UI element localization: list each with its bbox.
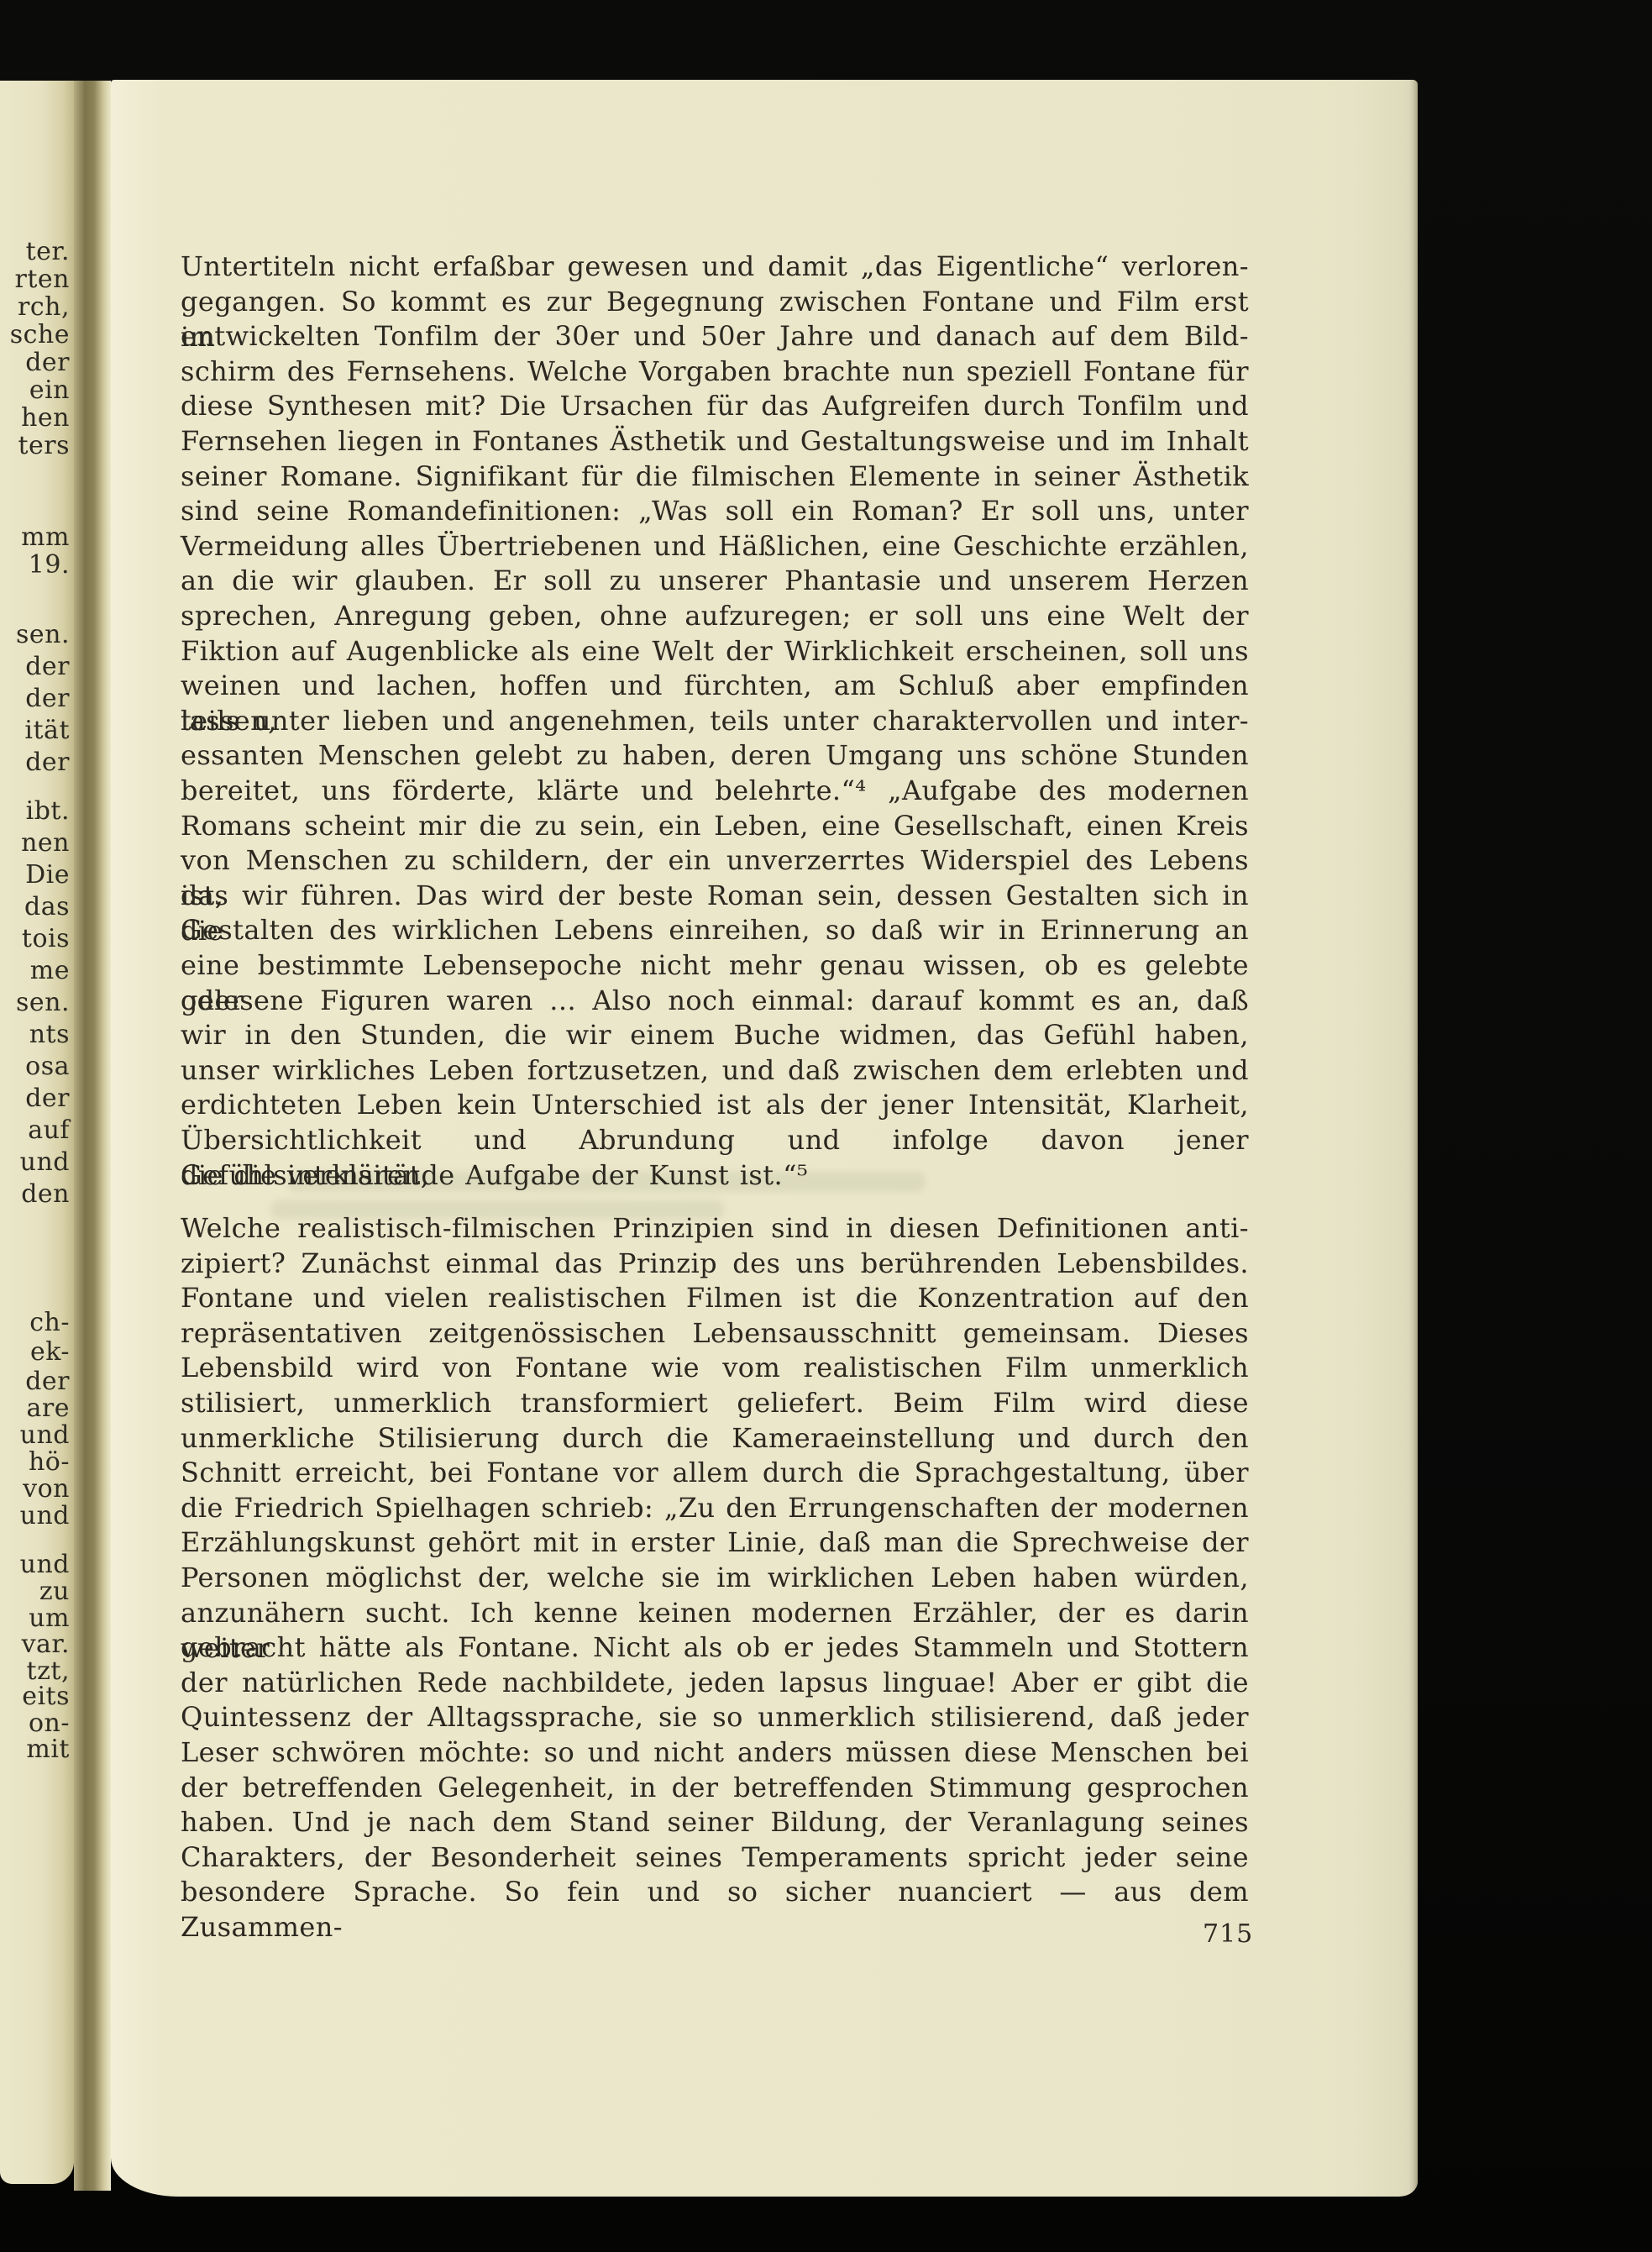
margin-text-fragment: osa xyxy=(25,1053,70,1081)
text-line: zipiert? Zunächst einmal das Prinzip des… xyxy=(181,1246,1249,1281)
margin-text-fragment: hen xyxy=(21,404,70,433)
text-line: Schnitt erreicht, bei Fontane vor allem … xyxy=(181,1455,1249,1490)
margin-text-fragment: auf xyxy=(28,1116,70,1145)
text-line: haben. Und je nach dem Stand seiner Bild… xyxy=(181,1804,1249,1840)
text-line: gelesene Figuren waren ... Also noch ein… xyxy=(181,983,1249,1018)
text-line: wir in den Stunden, die wir einem Buche … xyxy=(181,1017,1249,1053)
text-line: diese Synthesen mit? Die Ursachen für da… xyxy=(181,388,1249,423)
text-line: Fiktion auf Augenblicke als eine Welt de… xyxy=(181,633,1249,669)
text-line: Personen möglichst der, welche sie im wi… xyxy=(181,1560,1249,1595)
text-line: Quintessenz der Alltagssprache, sie so u… xyxy=(181,1699,1249,1735)
text-line: Lebensbild wird von Fontane wie vom real… xyxy=(181,1350,1249,1385)
text-line: weinen und lachen, hoffen und fürchten, … xyxy=(181,668,1249,703)
margin-text-fragment: ter. xyxy=(26,238,70,266)
page-edge-stack xyxy=(1404,80,1418,2197)
margin-text-fragment: var. xyxy=(22,1630,70,1659)
text-line: erdichteten Leben kein Unterschied ist a… xyxy=(181,1087,1249,1122)
text-line: die die verklärende Aufgabe der Kunst is… xyxy=(181,1157,1249,1193)
text-line: Übersichtlichkeit und Abrundung und info… xyxy=(181,1122,1249,1157)
margin-text-fragment: der xyxy=(25,1084,70,1113)
facing-page-edge: ter.rtenrch,schedereinhentersmm19.sen.de… xyxy=(0,81,74,2184)
margin-text-fragment: rten xyxy=(15,265,70,294)
text-line: die Friedrich Spielhagen schrieb: „Zu de… xyxy=(181,1490,1249,1525)
margin-text-fragment: are xyxy=(27,1394,70,1423)
text-line: Erzählungskunst gehört mit in erster Lin… xyxy=(181,1525,1249,1560)
book-page: Untertiteln nicht erfaßbar gewesen und d… xyxy=(111,80,1418,2197)
page-gutter-shadow xyxy=(74,81,111,2191)
margin-text-fragment: ch- xyxy=(29,1309,70,1337)
text-line: unmerkliche Stilisierung durch die Kamer… xyxy=(181,1420,1249,1456)
margin-text-fragment: von xyxy=(23,1475,70,1504)
text-line: Welche realistisch-filmischen Prinzipien… xyxy=(181,1210,1249,1246)
text-line: anzunähern sucht. Ich kenne keinen moder… xyxy=(181,1595,1249,1630)
margin-text-fragment: der xyxy=(25,685,70,713)
margin-text-fragment: eits xyxy=(22,1682,70,1711)
text-line: repräsentativen zeitgenössischen Lebensa… xyxy=(181,1315,1249,1351)
text-line: entwickelten Tonfilm der 30er und 50er J… xyxy=(181,318,1249,354)
text-line: teils unter lieben und angenehmen, teils… xyxy=(181,703,1249,738)
text-line: sind seine Romandefinitionen: „Was soll … xyxy=(181,493,1249,528)
margin-text-fragment: das xyxy=(24,893,70,921)
text-line: seiner Romane. Signifikant für die filmi… xyxy=(181,459,1249,494)
margin-text-fragment: Die xyxy=(25,861,70,890)
text-line: Fontane und vielen realistischen Filmen … xyxy=(181,1280,1249,1315)
margin-text-fragment: hö- xyxy=(29,1448,70,1477)
text-line: Charakters, der Besonderheit seines Temp… xyxy=(181,1840,1249,1875)
text-line: essanten Menschen gelebt zu haben, deren… xyxy=(181,738,1249,773)
margin-text-fragment: mit xyxy=(26,1735,70,1764)
margin-text-fragment: und xyxy=(20,1148,70,1177)
margin-text-fragment: zu xyxy=(39,1577,70,1606)
margin-text-fragment: und xyxy=(20,1421,70,1450)
margin-text-fragment: ibt. xyxy=(26,797,70,826)
margin-text-fragment: nen xyxy=(21,829,70,858)
text-line: eine bestimmte Lebensepoche nicht mehr g… xyxy=(181,948,1249,983)
text-line: der betreffenden Gelegenheit, in der bet… xyxy=(181,1770,1249,1805)
book-scan-background: ter.rtenrch,schedereinhentersmm19.sen.de… xyxy=(0,0,1652,2252)
margin-text-fragment: sen. xyxy=(16,989,70,1017)
margin-text-fragment: rch, xyxy=(18,293,70,322)
text-line: der natürlichen Rede nachbildete, jeden … xyxy=(181,1665,1249,1700)
text-line: Leser schwören möchte: so und nicht ande… xyxy=(181,1735,1249,1770)
margin-text-fragment: on- xyxy=(29,1709,70,1738)
text-line: bereitet, uns förderte, klärte und beleh… xyxy=(181,773,1249,808)
text-line: Fernsehen liegen in Fontanes Ästhetik un… xyxy=(181,423,1249,459)
text-line: sprechen, Anregung geben, ohne aufzurege… xyxy=(181,598,1249,633)
text-line: Gestalten des wirklichen Lebens einreihe… xyxy=(181,912,1249,948)
margin-text-fragment: der xyxy=(25,748,70,777)
margin-text-fragment: me xyxy=(30,957,70,985)
page-number: 715 xyxy=(1203,1919,1253,1949)
margin-text-fragment: ters xyxy=(18,432,70,460)
text-line: an die wir glauben. Er soll zu unserer P… xyxy=(181,563,1249,598)
text-line: Vermeidung alles Übertriebenen und Häßli… xyxy=(181,528,1249,564)
margin-text-fragment: um xyxy=(29,1604,70,1633)
text-line: stilisiert, unmerklich transformiert gel… xyxy=(181,1385,1249,1420)
margin-text-fragment: mm xyxy=(21,523,70,552)
margin-text-fragment: der xyxy=(25,1367,70,1396)
text-line: Untertiteln nicht erfaßbar gewesen und d… xyxy=(181,249,1249,284)
margin-text-fragment: nts xyxy=(29,1021,70,1049)
margin-text-fragment: der xyxy=(25,349,70,377)
margin-text-fragment: ität xyxy=(24,717,70,745)
margin-text-fragment: der xyxy=(25,653,70,681)
text-line: schirm des Fernsehens. Welche Vorgaben b… xyxy=(181,354,1249,389)
text-line: das wir führen. Das wird der beste Roman… xyxy=(181,878,1249,913)
margin-text-fragment: sche xyxy=(10,321,70,349)
margin-text-fragment: 19. xyxy=(29,551,70,580)
text-line: gegangen. So kommt es zur Begegnung zwis… xyxy=(181,284,1249,319)
text-line: besondere Sprache. So fein und so sicher… xyxy=(181,1874,1249,1909)
text-line: Romans scheint mir die zu sein, ein Lebe… xyxy=(181,808,1249,843)
margin-text-fragment: den xyxy=(21,1180,70,1209)
margin-text-fragment: ein xyxy=(29,376,70,405)
text-line: gebracht hätte als Fontane. Nicht als ob… xyxy=(181,1630,1249,1665)
text-line: von Menschen zu schildern, der ein unver… xyxy=(181,843,1249,878)
margin-text-fragment: sen. xyxy=(16,621,70,649)
margin-text-fragment: und xyxy=(20,1502,70,1530)
margin-text-fragment: tois xyxy=(22,925,70,953)
margin-text-fragment: ek- xyxy=(30,1338,70,1367)
margin-text-fragment: und xyxy=(20,1551,70,1579)
text-line: unser wirkliches Leben fortzusetzen, und… xyxy=(181,1053,1249,1088)
